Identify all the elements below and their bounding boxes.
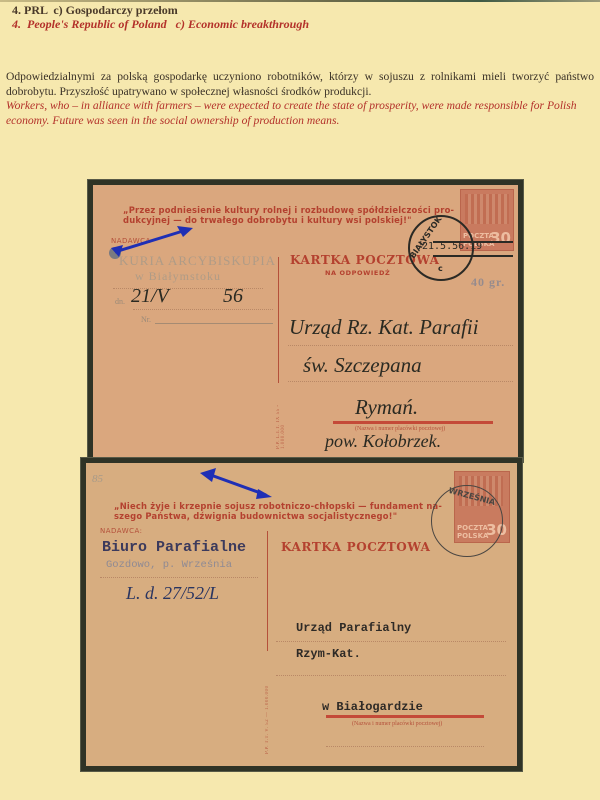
sender-stamp-line-2: w Białymstoku xyxy=(135,269,221,284)
address-dotted-1 xyxy=(276,641,506,642)
heading-english: 4. People's Republic of Poland c) Econom… xyxy=(12,17,309,31)
printer-imprint: P.P. L.I.T. IX 55 - 1.000.000 xyxy=(276,389,286,449)
card-slogan: „Przez podniesienie kultury rolnej i roz… xyxy=(123,205,454,225)
postcard-wrzesnia: 85 „Niech żyje i krzepnie sojusz robotni… xyxy=(81,458,522,771)
pencil-mark: 85 xyxy=(92,473,103,485)
address-dotted-1 xyxy=(288,345,513,346)
address-note: (Nazwa i numer placówki pocztowej) xyxy=(352,721,442,727)
address-line-3: w Białogardzie xyxy=(322,700,423,714)
card-divider-line xyxy=(267,531,268,651)
sender-dotted-line xyxy=(100,577,258,578)
address-line-4: pow. Kołobrzek. xyxy=(325,431,441,452)
blue-arrow-icon xyxy=(196,465,276,505)
exhibit-heading: 4. PRL c) Gospodarczy przełom 4. People'… xyxy=(12,3,309,31)
sender-year-handwritten: 56 xyxy=(223,285,243,308)
slogan-line-1: „Przez podniesienie kultury rolnej i roz… xyxy=(123,205,454,215)
intro-text: Odpowiedzialnymi za polską gospodarkę uc… xyxy=(6,70,594,128)
postmark-bar-1 xyxy=(433,241,513,243)
nr-line xyxy=(155,323,273,324)
heading-polish: 4. PRL c) Gospodarczy przełom xyxy=(12,3,309,17)
address-red-bar xyxy=(326,715,484,718)
slogan-line-1: „Niech żyje i krzepnie sojusz robotniczo… xyxy=(114,501,442,511)
sender-stamp-line-1: KURIA ARCYBISKUPIA xyxy=(119,253,276,269)
card-title: KARTKA POCZTOWA xyxy=(281,540,431,554)
address-line-3: Rymań. xyxy=(355,395,418,420)
address-line-1: Urząd Rz. Kat. Parafii xyxy=(289,315,479,340)
address-dotted-3 xyxy=(326,746,484,747)
card-subtitle: NA ODPOWIEDŹ xyxy=(325,269,390,277)
postmark-wrzesnia: WRZEŚNIA xyxy=(431,485,503,557)
sender-label: NADAWCA: xyxy=(100,527,143,535)
sender-line-2: Gozdowo, p. Września xyxy=(106,559,232,571)
sender-line-1: Biuro Parafialne xyxy=(102,539,246,556)
address-dotted-2 xyxy=(276,675,506,676)
postmark-letter: c xyxy=(438,264,443,273)
date-dotted-line xyxy=(133,309,273,310)
postmark-bialystok: BIAŁYSTOK 21.5.56.19 c xyxy=(408,215,474,281)
intro-english: Workers, who – in alliance with farmers … xyxy=(6,99,594,128)
slogan-line-2: szego Państwa, dźwignia budownictwa socj… xyxy=(114,511,442,521)
page-top-edge xyxy=(0,0,600,2)
printer-imprint: P.P. T.T. V. 52 — 1.000.000 xyxy=(265,659,270,754)
sender-date-prefix: dn. xyxy=(115,297,125,306)
address-dotted-2 xyxy=(288,381,513,382)
sender-date-handwritten: 21/V xyxy=(131,285,169,308)
address-line-2: Rzym-Kat. xyxy=(296,647,361,661)
stamp-scene xyxy=(465,194,509,224)
card-divider-line xyxy=(278,257,279,383)
address-line-1: Urząd Parafialny xyxy=(296,621,411,635)
postcard-bialystok: „Przez podniesienie kultury rolnej i roz… xyxy=(88,180,523,462)
sender-nr-prefix: Nr. xyxy=(141,315,151,324)
address-line-2: św. Szczepana xyxy=(303,353,422,378)
stamp-value: 30 xyxy=(490,229,511,247)
address-red-bar xyxy=(333,421,493,424)
intro-polish: Odpowiedzialnymi za polską gospodarkę uc… xyxy=(6,70,594,99)
surcharge-overprint: 40 gr. xyxy=(471,275,505,290)
sender-reference: L. d. 27/52/L xyxy=(126,583,219,604)
postmark-bar-2 xyxy=(433,255,513,257)
card-slogan: „Niech żyje i krzepnie sojusz robotniczo… xyxy=(114,501,442,521)
